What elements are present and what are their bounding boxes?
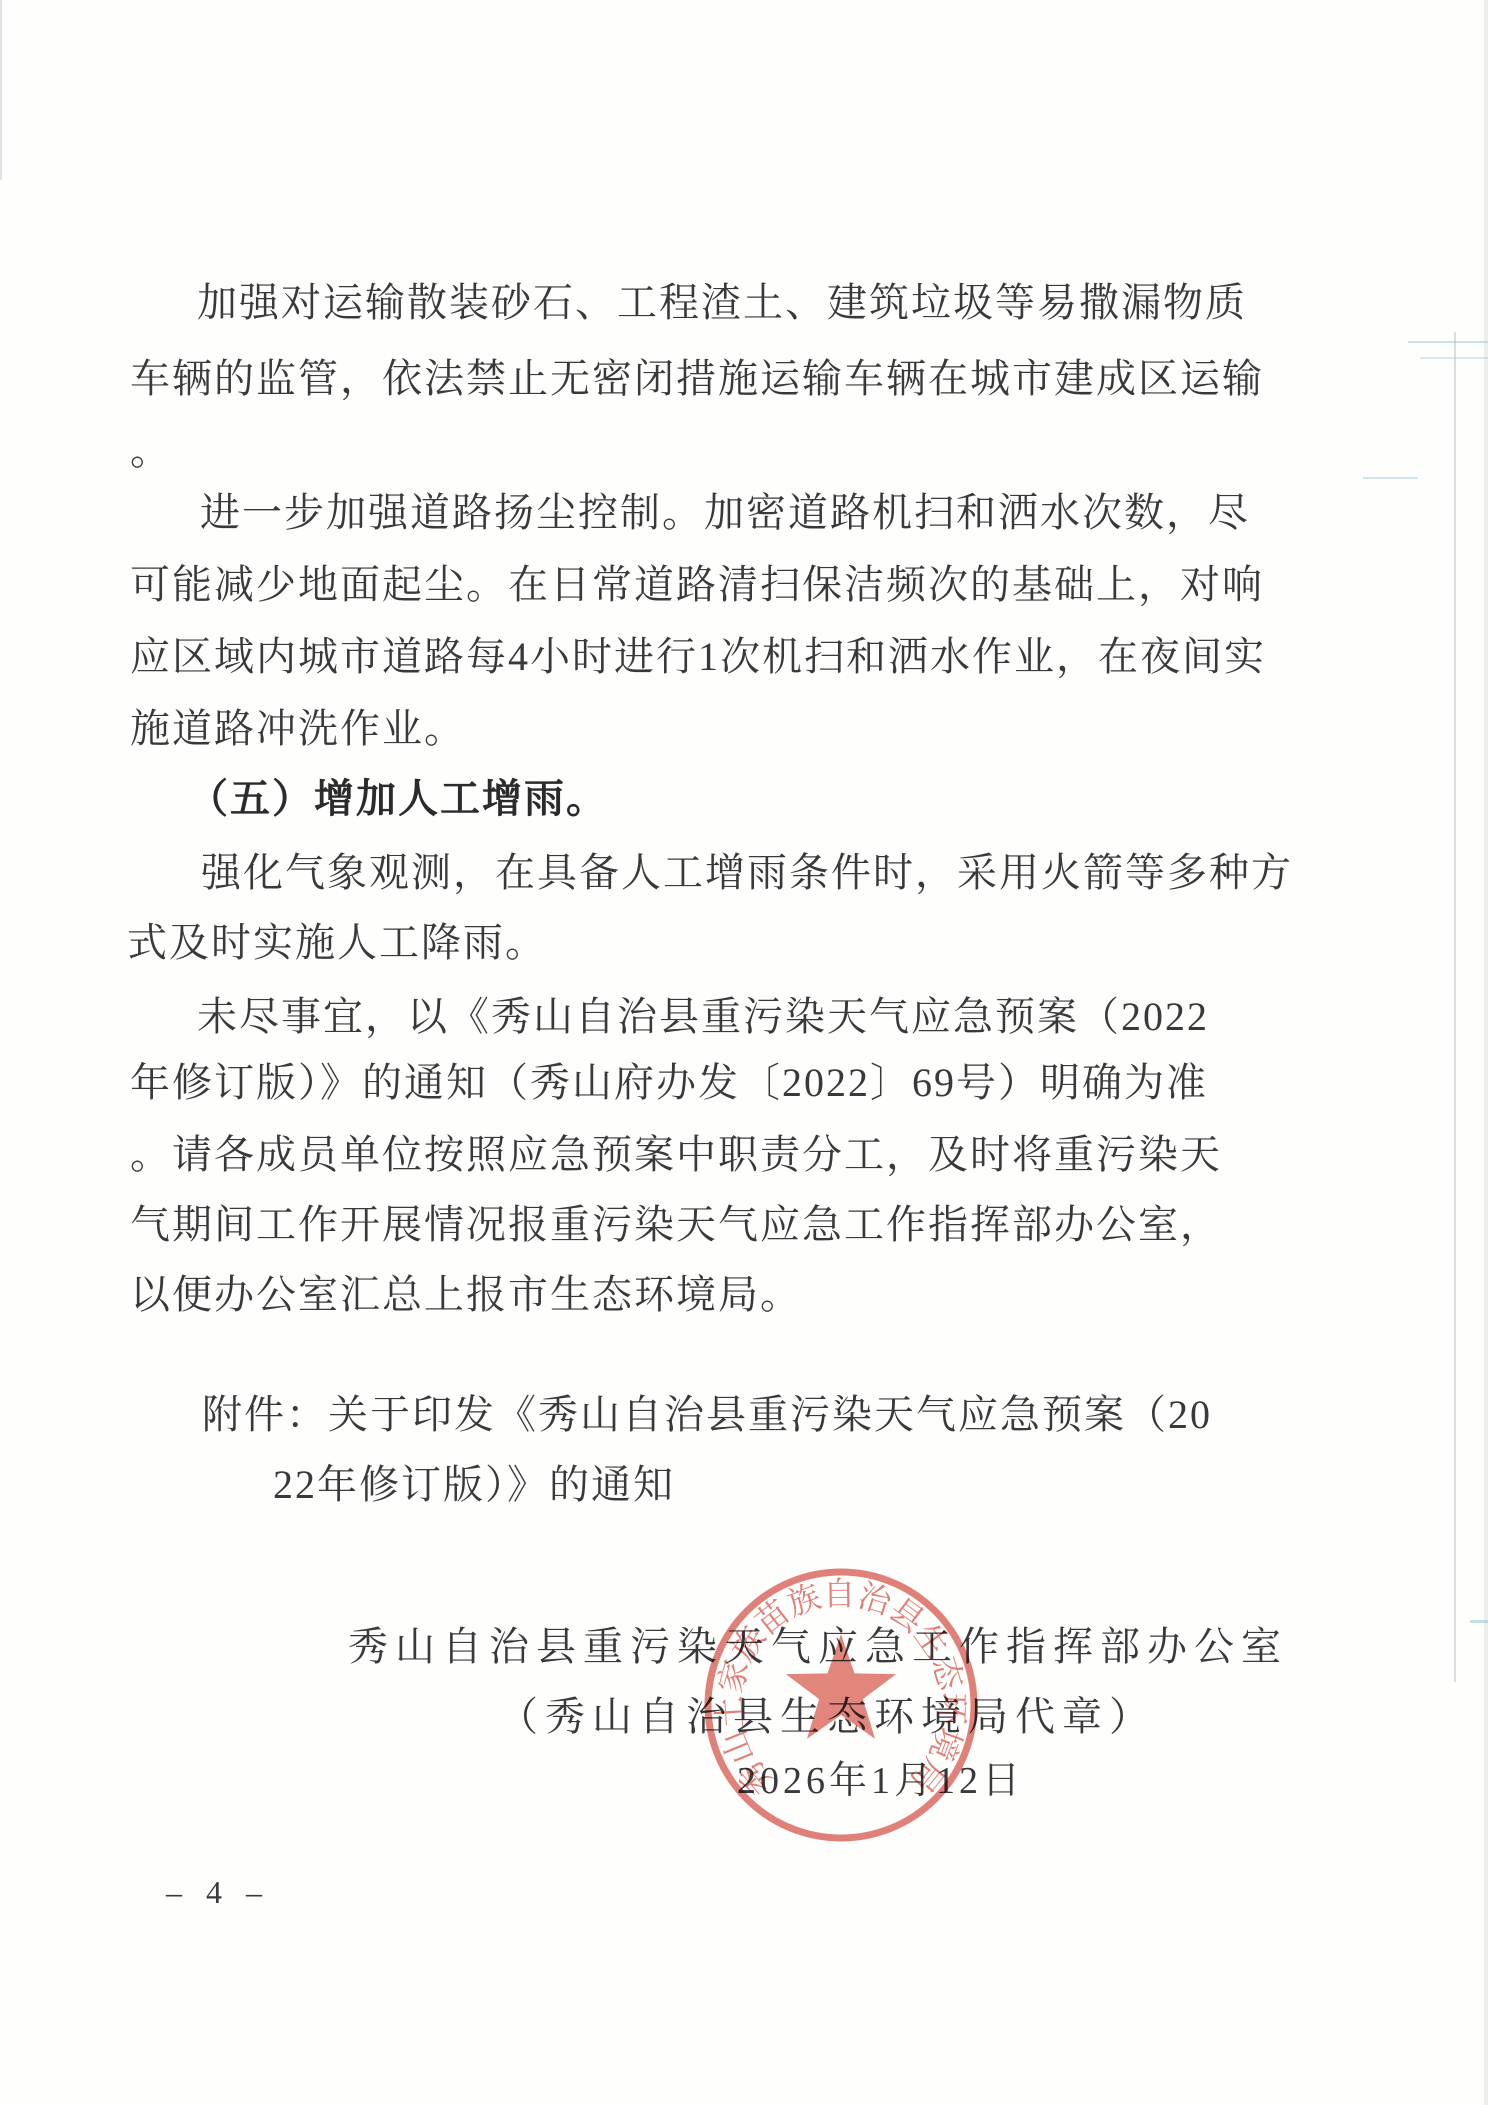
body-line: 气期间工作开展情况报重污染天气应急工作指挥部办公室， bbox=[130, 1198, 1222, 1252]
scan-artifact-line bbox=[1408, 341, 1488, 343]
scan-artifact-line bbox=[1470, 1620, 1488, 1623]
body-line: 应区域内城市道路每4小时进行1次机扫和洒水作业，在夜间实 bbox=[130, 630, 1266, 684]
body-line: 式及时实施人工降雨。 bbox=[127, 916, 547, 970]
official-seal: 秀山土家族苗族自治县生态环境局 bbox=[695, 1559, 987, 1851]
seal-star-icon bbox=[786, 1634, 896, 1739]
scan-artifact-vertical-line bbox=[1454, 332, 1456, 1682]
attachment-line: 22年修订版）》的通知 bbox=[273, 1458, 675, 1512]
attachment-line: 附件：关于印发《秀山自治县重污染天气应急预案（20 bbox=[202, 1388, 1212, 1442]
body-line: 施道路冲洗作业。 bbox=[130, 702, 466, 756]
body-line: 进一步加强道路扬尘控制。加密道路机扫和洒水次数，尽 bbox=[200, 486, 1250, 540]
body-line: 加强对运输散装砂石、工程渣土、建筑垃圾等易撒漏物质 bbox=[197, 276, 1247, 330]
body-line: 。 bbox=[130, 424, 172, 478]
body-line: 可能减少地面起尘。在日常道路清扫保洁频次的基础上，对响 bbox=[130, 558, 1264, 612]
document-page: 加强对运输散装砂石、工程渣土、建筑垃圾等易撒漏物质 车辆的监管，依法禁止无密闭措… bbox=[0, 0, 1488, 2105]
body-line: 强化气象观测，在具备人工增雨条件时，采用火箭等多种方 bbox=[201, 846, 1293, 900]
body-line: 年修订版）》的通知（秀山府办发〔2022〕69号）明确为准 bbox=[130, 1056, 1208, 1110]
body-line: 以便办公室汇总上报市生态环境局。 bbox=[130, 1268, 802, 1322]
body-line-heading: （五）增加人工增雨。 bbox=[188, 772, 608, 826]
body-line: 未尽事宜，以《秀山自治县重污染天气应急预案（2022 bbox=[197, 990, 1209, 1044]
scan-artifact-page-edge bbox=[1484, 0, 1488, 2105]
scan-artifact-line bbox=[1420, 357, 1488, 359]
body-line: 。请各成员单位按照应急预案中职责分工，及时将重污染天 bbox=[130, 1128, 1222, 1182]
body-line: 车辆的监管，依法禁止无密闭措施运输车辆在城市建成区运输 bbox=[130, 352, 1264, 406]
scan-artifact-left-edge bbox=[0, 0, 2, 180]
page-number: – 4 – bbox=[166, 1874, 270, 1911]
scan-artifact-line bbox=[1363, 477, 1418, 479]
